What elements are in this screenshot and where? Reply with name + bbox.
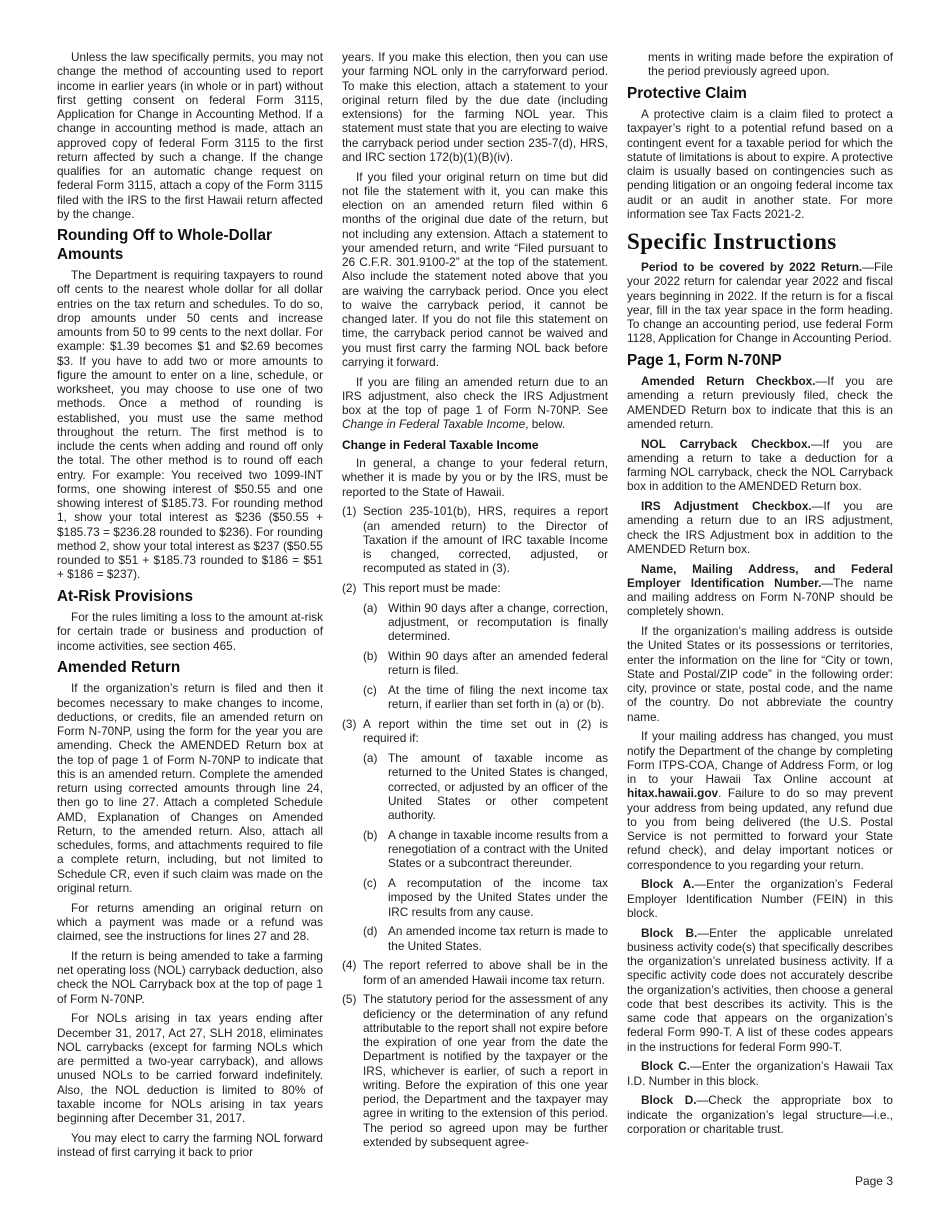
list-marker: (a): [363, 601, 377, 615]
paragraph-irs-adjustment: If you are filing an amended return due …: [342, 375, 608, 432]
paragraph-protective-claim: A protective claim is a claim filed to p…: [627, 107, 893, 221]
column-left: Unless the law specifically permits, you…: [57, 50, 323, 1165]
document-page: Unless the law specifically permits, you…: [0, 0, 950, 1230]
list-item-3: (3)A report within the time set out in (…: [342, 717, 608, 746]
bold-lead-nol-checkbox: NOL Carryback Checkbox.: [641, 437, 811, 451]
list-item-5: (5)The statutory period for the assessme…: [342, 992, 608, 1149]
list-marker: (1): [342, 504, 356, 518]
paragraph-block-c: Block C.—Enter the organization’s Hawaii…: [627, 1059, 893, 1088]
list-marker: (2): [342, 581, 356, 595]
section-heading-page1-form: Page 1, Form N-70NP: [627, 352, 893, 371]
paragraph-period-covered: Period to be covered by 2022 Return.—Fil…: [627, 260, 893, 346]
list-item-1: (1)Section 235-101(b), HRS, requires a r…: [342, 504, 608, 575]
text-segment: —Enter the applicable unrelated business…: [627, 926, 893, 1054]
paragraph-farming-nol-continued: years. If you make this election, then y…: [342, 50, 608, 164]
paragraph-block-d: Block D.—Check the appropriate box to in…: [627, 1093, 893, 1136]
text-segment: If you are filing an amended return due …: [342, 375, 608, 418]
column-middle: years. If you make this election, then y…: [342, 50, 608, 1165]
paragraph-amended-checkbox: Amended Return Checkbox.—If you are amen…: [627, 374, 893, 431]
list-item-text: Within 90 days after a change, correctio…: [388, 601, 608, 644]
bold-lead-period: Period to be covered by 2022 Return.: [641, 260, 862, 274]
list-marker: (a): [363, 751, 377, 765]
major-heading-specific-instructions: Specific Instructions: [627, 228, 893, 255]
paragraph-general-change: In general, a change to your federal ret…: [342, 456, 608, 499]
bold-lead-block-b: Block B.: [641, 926, 697, 940]
paragraph-address-change: If your mailing address has changed, you…: [627, 729, 893, 872]
paragraph-outside-us: If the organization’s mailing address is…: [627, 624, 893, 724]
page-footer: Page 3: [855, 1174, 893, 1188]
column-right: ments in writing made before the expirat…: [627, 50, 893, 1165]
paragraph-accounting-change: Unless the law specifically permits, you…: [57, 50, 323, 221]
list-item-3d: (d)An amended income tax return is made …: [363, 924, 608, 953]
bold-website: hitax.hawaii.gov: [627, 786, 718, 800]
paragraph-rounding: The Department is requiring taxpayers to…: [57, 268, 323, 582]
list-item-text: Within 90 days after an amended federal …: [388, 649, 608, 677]
list-marker: (b): [363, 828, 377, 842]
list-item-text: At the time of filing the next income ta…: [388, 683, 608, 711]
list-item-2a: (a)Within 90 days after a change, correc…: [363, 601, 608, 644]
section-heading-at-risk: At-Risk Provisions: [57, 588, 323, 607]
page-number: Page 3: [855, 1174, 893, 1188]
list-item-4: (4)The report referred to above shall be…: [342, 958, 608, 987]
list-item-text: The amount of taxable income as returned…: [388, 751, 608, 822]
list-item-text: A change in taxable income results from …: [388, 828, 608, 871]
list-marker: (c): [363, 683, 377, 697]
list-item-text: This report must be made:: [363, 581, 501, 595]
paragraph-filed-on-time: If you filed your original return on tim…: [342, 170, 608, 370]
text-segment: If your mailing address has changed, you…: [627, 729, 893, 786]
list-marker: (5): [342, 992, 356, 1006]
section-heading-amended-return: Amended Return: [57, 659, 323, 678]
paragraph-amended-1: If the organization’s return is filed an…: [57, 681, 323, 895]
list-item-3b: (b)A change in taxable income results fr…: [363, 828, 608, 871]
section-heading-rounding: Rounding Off to Whole-Dollar Amounts: [57, 227, 323, 264]
paragraph-amended-5: You may elect to carry the farming NOL f…: [57, 1131, 323, 1160]
list-item-text: An amended income tax return is made to …: [388, 924, 608, 952]
list-item-2: (2)This report must be made:: [342, 581, 608, 595]
list-item-text: A recomputation of the income tax impose…: [388, 876, 608, 919]
section-heading-protective-claim: Protective Claim: [627, 85, 893, 104]
bold-lead-block-a: Block A.: [641, 877, 694, 891]
list-item-text: The statutory period for the assessment …: [363, 992, 608, 1149]
paragraph-amended-3: If the return is being amended to take a…: [57, 949, 323, 1006]
bold-lead-amended-checkbox: Amended Return Checkbox.: [641, 374, 816, 388]
paragraph-at-risk: For the rules limiting a loss to the amo…: [57, 610, 323, 653]
list-marker: (b): [363, 649, 377, 663]
list-item-text: Section 235-101(b), HRS, requires a repo…: [363, 504, 608, 575]
list-item-2b: (b)Within 90 days after an amended feder…: [363, 649, 608, 678]
list-item-text: The report referred to above shall be in…: [363, 958, 608, 986]
list-marker: (c): [363, 876, 377, 890]
paragraph-nol-checkbox: NOL Carryback Checkbox.—If you are amend…: [627, 437, 893, 494]
list-item-2c: (c)At the time of filing the next income…: [363, 683, 608, 712]
paragraph-agreements-continued: ments in writing made before the expirat…: [627, 50, 893, 79]
paragraph-name-address: Name, Mailing Address, and Federal Emplo…: [627, 562, 893, 619]
list-item-text: A report within the time set out in (2) …: [363, 717, 608, 745]
subsection-heading-change-federal-income: Change in Federal Taxable Income: [342, 438, 608, 453]
list-marker: (d): [363, 924, 377, 938]
three-column-layout: Unless the law specifically permits, you…: [57, 50, 893, 1165]
list-marker: (3): [342, 717, 356, 731]
italic-cross-reference: Change in Federal Taxable Income: [342, 417, 525, 431]
text-segment: , below.: [525, 417, 565, 431]
list-item-3c: (c)A recomputation of the income tax imp…: [363, 876, 608, 919]
paragraph-block-a: Block A.—Enter the organization’s Federa…: [627, 877, 893, 920]
bold-lead-block-d: Block D.: [641, 1093, 697, 1107]
paragraph-amended-2: For returns amending an original return …: [57, 901, 323, 944]
paragraph-amended-4: For NOLs arising in tax years ending aft…: [57, 1011, 323, 1125]
paragraph-irs-checkbox: IRS Adjustment Checkbox.—If you are amen…: [627, 499, 893, 556]
list-item-3a: (a)The amount of taxable income as retur…: [363, 751, 608, 822]
paragraph-block-b: Block B.—Enter the applicable unrelated …: [627, 926, 893, 1054]
bold-lead-block-c: Block C.: [641, 1059, 690, 1073]
list-marker: (4): [342, 958, 356, 972]
bold-lead-irs-checkbox: IRS Adjustment Checkbox.: [641, 499, 812, 513]
